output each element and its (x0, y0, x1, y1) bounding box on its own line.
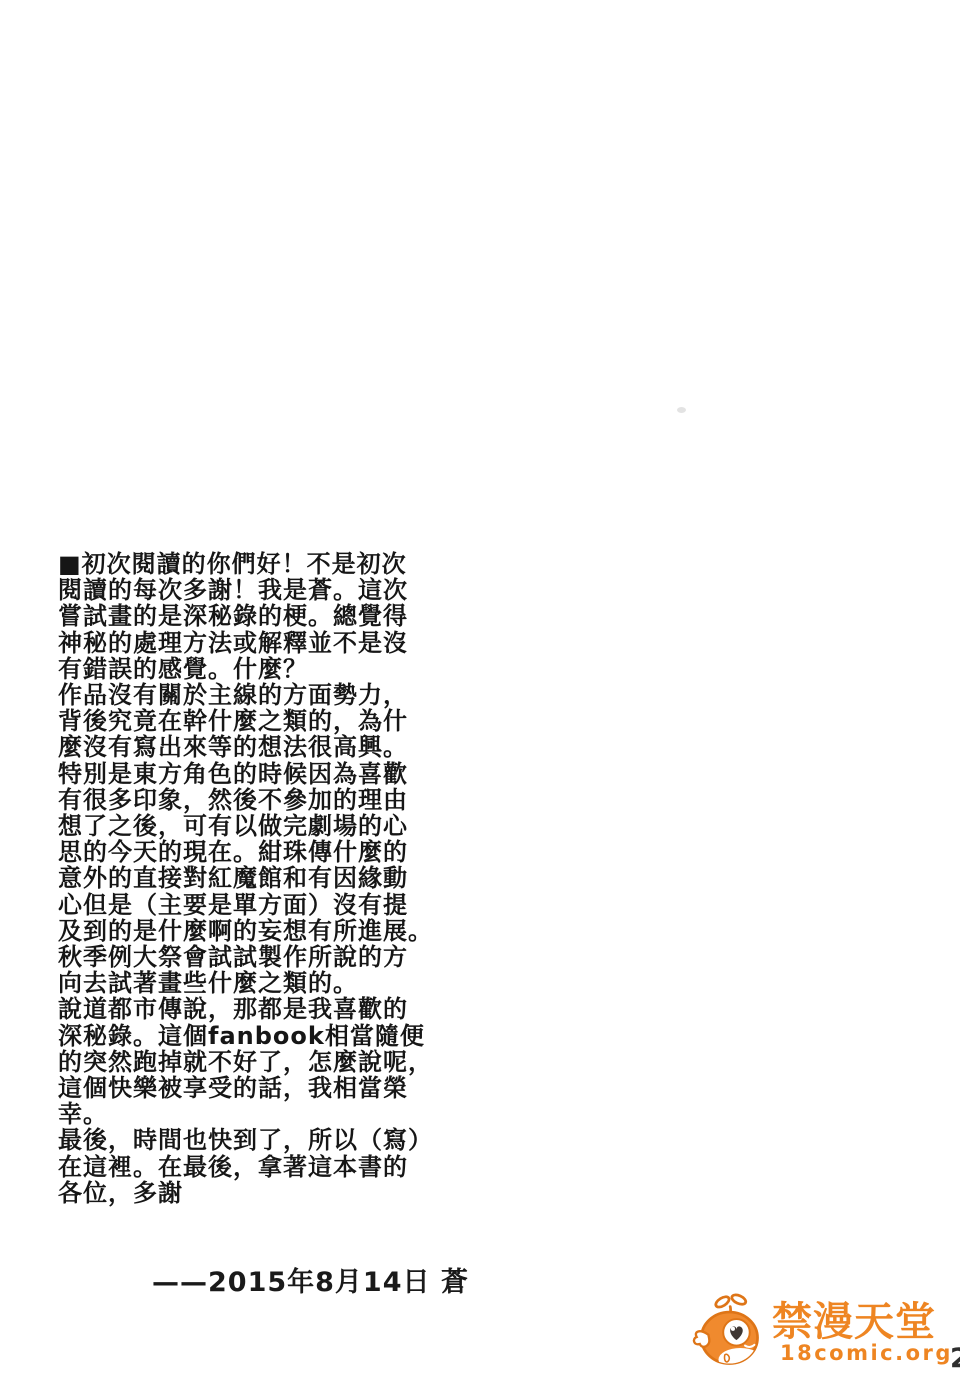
afterword-line: 最後，時間也快到了，所以（寫） (58, 1127, 433, 1153)
afterword-line: 有錯誤的感覺。什麼？ (58, 656, 433, 682)
signature-date-line: ——2015年8月14日 蒼 (152, 1260, 469, 1299)
afterword-line: 各位，多謝 (58, 1180, 433, 1206)
afterword-line: 嘗試畫的是深秘錄的梗。總覺得 (58, 603, 433, 629)
site-watermark: 禁漫天堂 18comic.org (692, 1290, 953, 1370)
watermark-site-url: 18comic.org (772, 1343, 953, 1364)
afterword-line: 向去試著畫些什麼之類的。 (58, 970, 433, 996)
afterword-line: 背後究竟在幹什麼之類的，為什 (58, 708, 433, 734)
afterword-line: 神秘的處理方法或解釋並不是沒 (58, 630, 433, 656)
afterword-line: ■初次閱讀的你們好！不是初次 (58, 551, 433, 577)
afterword-line: 及到的是什麼啊的妄想有所進展。 (58, 918, 433, 944)
watermark-site-name: 禁漫天堂 (772, 1302, 953, 1342)
afterword-line: 幸。 (58, 1101, 433, 1127)
afterword-line: 作品沒有關於主線的方面勢力， (58, 682, 433, 708)
afterword-line: 麼沒有寫出來等的想法很高興。 (58, 734, 433, 760)
watermark-text: 禁漫天堂 18comic.org (772, 1302, 953, 1364)
scanned-afterword-page: ■初次閱讀的你們好！不是初次閱讀的每次多謝！我是蒼。這次嘗試畫的是深秘錄的梗。總… (0, 0, 960, 1378)
afterword-line: 深秘錄。這個fanbook相當隨便 (58, 1023, 433, 1049)
afterword-line: 心但是（主要是單方面）沒有提 (58, 892, 433, 918)
afterword-text-block: ■初次閱讀的你們好！不是初次閱讀的每次多謝！我是蒼。這次嘗試畫的是深秘錄的梗。總… (58, 551, 433, 1206)
afterword-line: 這個快樂被享受的話，我相當榮 (58, 1075, 433, 1101)
afterword-line: 想了之後，可有以做完劇場的心 (58, 813, 433, 839)
afterword-line: 說道都市傳說，那都是我喜歡的 (58, 996, 433, 1022)
afterword-line: 特別是東方角色的時候因為喜歡 (58, 761, 433, 787)
whale-mascot-icon (692, 1290, 770, 1370)
afterword-line: 秋季例大祭會試試製作所說的方 (58, 944, 433, 970)
afterword-line: 思的今天的現在。紺珠傳什麼的 (58, 839, 433, 865)
afterword-line: 閱讀的每次多謝！我是蒼。這次 (58, 577, 433, 603)
afterword-line: 意外的直接對紅魔館和有因緣動 (58, 865, 433, 891)
afterword-line: 的突然跑掉就不好了，怎麼說呢， (58, 1049, 433, 1075)
scan-artifact-speck (677, 407, 686, 413)
afterword-line: 在這裡。在最後，拿著這本書的 (58, 1154, 433, 1180)
afterword-line: 有很多印象，然後不參加的理由 (58, 787, 433, 813)
